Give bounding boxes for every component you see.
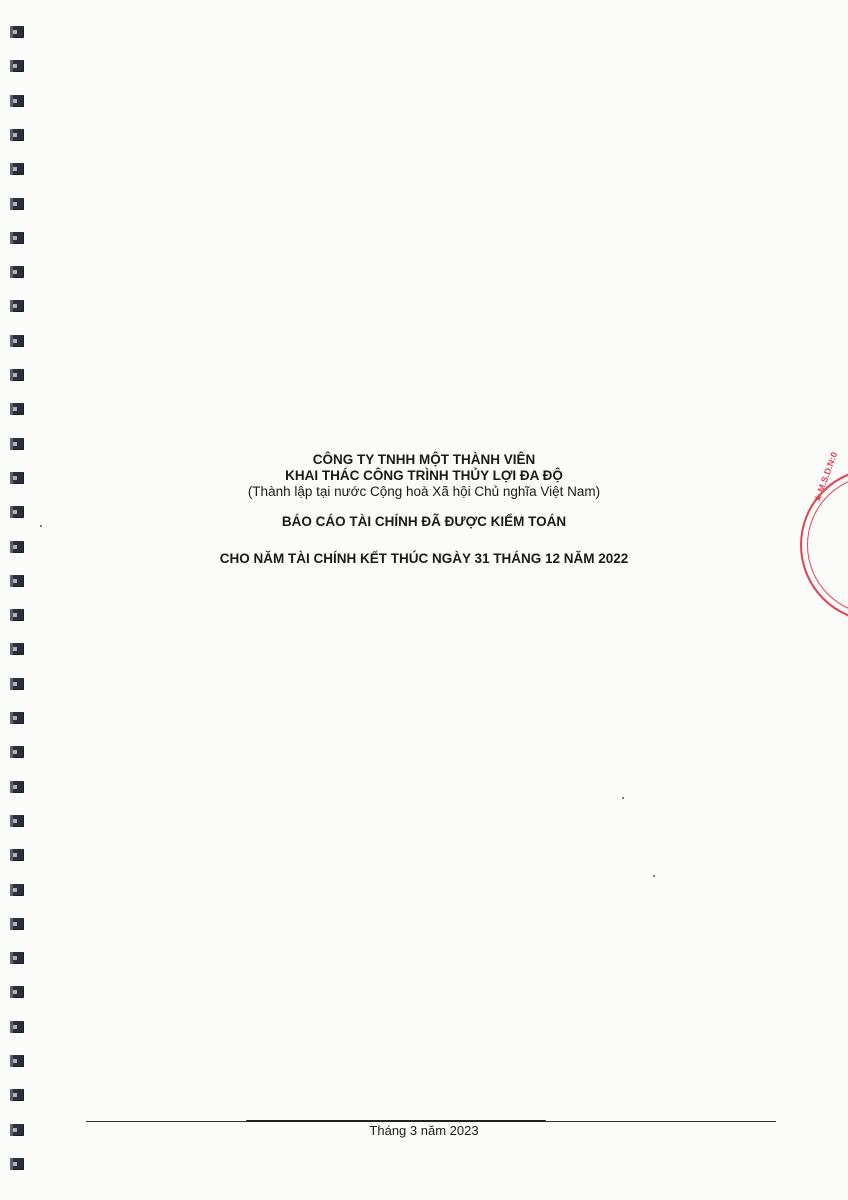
binding-hole (10, 163, 24, 175)
binding-hole (10, 335, 24, 347)
binding-hole (10, 678, 24, 690)
scan-speck (40, 525, 42, 527)
binding-hole (10, 266, 24, 278)
binding-hole (10, 986, 24, 998)
report-title: BÁO CÁO TÀI CHÍNH ĐÃ ĐƯỢC KIỂM TOÁN (0, 514, 848, 529)
binding-hole (10, 60, 24, 72)
binding-hole (10, 403, 24, 415)
binding-hole (10, 781, 24, 793)
binding-hole (10, 129, 24, 141)
binding-hole (10, 232, 24, 244)
binding-hole (10, 198, 24, 210)
scan-speck (653, 875, 655, 877)
binding-hole (10, 746, 24, 758)
incorporation-note: (Thành lập tại nước Cộng hoà Xã hội Chủ … (0, 484, 848, 500)
binding-hole (10, 849, 24, 861)
binding-hole (10, 712, 24, 724)
binding-hole (10, 369, 24, 381)
scan-speck (622, 797, 624, 799)
binding-hole (10, 1158, 24, 1170)
binding-hole (10, 575, 24, 587)
binding-hole (10, 26, 24, 38)
company-name-line2: KHAI THÁC CÔNG TRÌNH THỦY LỢI ĐA ĐỘ (0, 468, 848, 484)
report-period: CHO NĂM TÀI CHÍNH KẾT THÚC NGÀY 31 THÁNG… (0, 551, 848, 566)
binding-hole (10, 1055, 24, 1067)
footer-divider (86, 1121, 776, 1122)
binding-holes (10, 0, 30, 1200)
binding-hole (10, 300, 24, 312)
binding-hole (10, 952, 24, 964)
binding-hole (10, 95, 24, 107)
binding-hole (10, 1021, 24, 1033)
binding-hole (10, 643, 24, 655)
binding-hole (10, 884, 24, 896)
footer-date: Tháng 3 năm 2023 (0, 1123, 848, 1138)
binding-hole (10, 815, 24, 827)
binding-hole (10, 609, 24, 621)
company-name: CÔNG TY TNHH MỘT THÀNH VIÊN (0, 452, 848, 468)
binding-hole (10, 438, 24, 450)
binding-hole (10, 1089, 24, 1101)
binding-hole (10, 918, 24, 930)
